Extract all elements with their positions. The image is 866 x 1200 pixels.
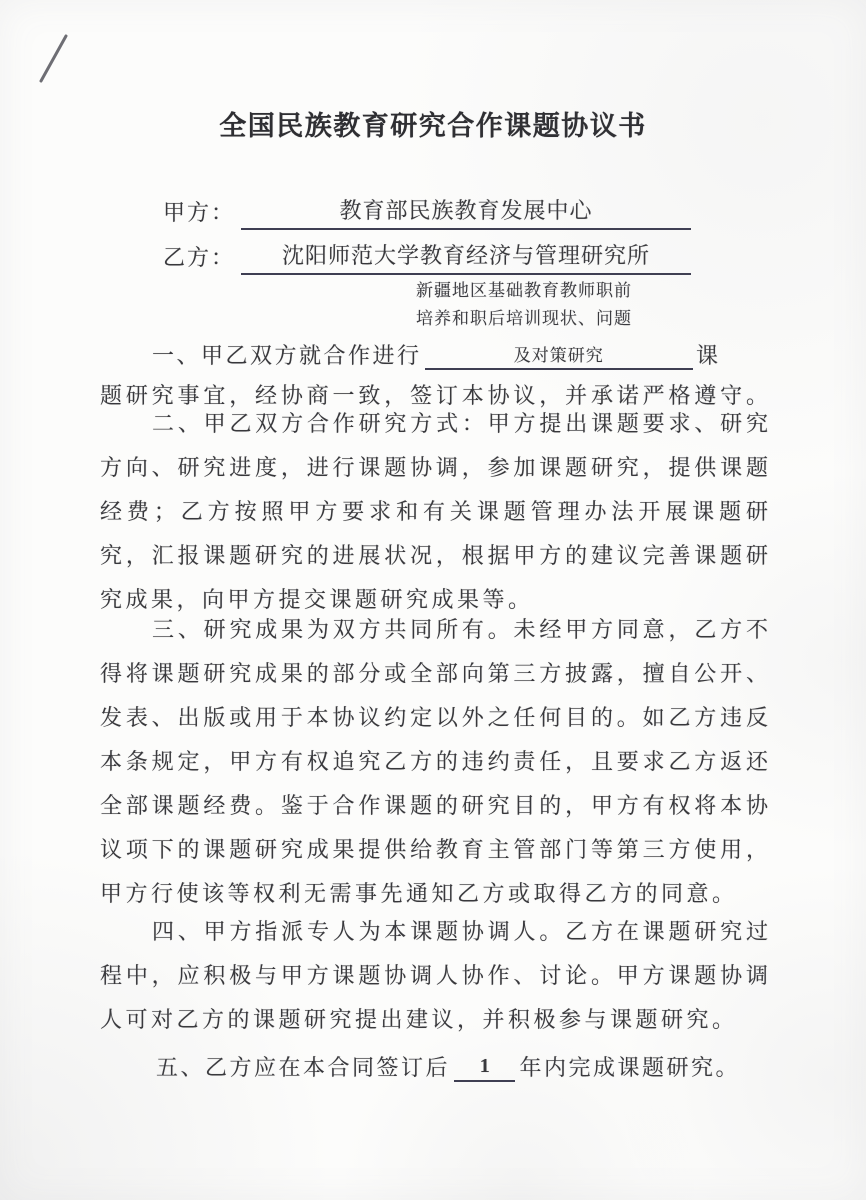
clause-3-line: 发表、出版或用于本协议约定以外之任何目的。如乙方违反 bbox=[100, 696, 768, 740]
clause-4-line: 四、甲方指派专人为本课题协调人。乙方在课题研究过 bbox=[100, 910, 768, 954]
party-b-row: 乙方： 沈阳师范大学教育经济与管理研究所 bbox=[163, 235, 691, 275]
clause-4: 四、甲方指派专人为本课题协调人。乙方在课题研究过 程中，应积极与甲方课题协调人协… bbox=[100, 910, 768, 1042]
clause-1-line-1: 一、甲乙双方就合作进行 及对策研究 课 bbox=[100, 334, 718, 370]
party-b-value: 沈阳师范大学教育经济与管理研究所 bbox=[241, 239, 691, 275]
clause-3-line: 得将课题研究成果的部分或全部向第三方披露，擅自公开、 bbox=[100, 652, 768, 696]
clause-3: 三、研究成果为双方共同所有。未经甲方同意，乙方不 得将课题研究成果的部分或全部向… bbox=[100, 608, 768, 916]
clause-5-line: 五、乙方应在本合同签订后 1 年内完成课题研究。 bbox=[100, 1042, 740, 1082]
party-a-label: 甲方： bbox=[163, 196, 235, 230]
clause-4-line: 人可对乙方的课题研究提出建议，并积极参与课题研究。 bbox=[100, 998, 768, 1042]
clause-5-suffix: 年内完成课题研究。 bbox=[519, 1051, 740, 1082]
clause-3-line: 议项下的课题研究成果提供给教育主管部门等第三方使用， bbox=[100, 828, 768, 872]
clause-1-prefix: 一、甲乙双方就合作进行 bbox=[152, 339, 422, 370]
project-title-insert: 新疆地区基础教育教师职前 培养和职后培训现状、问题 bbox=[393, 277, 655, 333]
clause-5-blank-value: 1 bbox=[454, 1055, 515, 1082]
party-a-value: 教育部民族教育发展中心 bbox=[241, 194, 691, 230]
clause-2-line: 究，汇报课题研究的进展状况，根据甲方的建议完善课题研 bbox=[100, 534, 768, 578]
pen-slash-mark bbox=[32, 28, 76, 90]
clause-2-line: 方向、研究进度，进行课题协调，参加课题研究，提供课题 bbox=[100, 446, 768, 490]
project-title-insert-line1: 新疆地区基础教育教师职前 bbox=[393, 277, 655, 305]
clause-2: 二、甲乙双方合作研究方式：甲方提出课题要求、研究 方向、研究进度，进行课题协调，… bbox=[100, 402, 768, 622]
clause-4-line: 程中，应积极与甲方课题协调人协作、讨论。甲方课题协调 bbox=[100, 954, 768, 998]
clause-5-prefix: 五、乙方应在本合同签订后 bbox=[156, 1051, 450, 1082]
clause-1-suffix-char: 课 bbox=[696, 339, 718, 370]
scanned-agreement-page: 全国民族教育研究合作课题协议书 甲方： 教育部民族教育发展中心 乙方： 沈阳师范… bbox=[0, 0, 866, 1200]
clause-3-line: 全部课题经费。鉴于合作课题的研究目的，甲方有权将本协 bbox=[100, 784, 768, 828]
pen-slash-icon bbox=[32, 28, 76, 90]
clause-3-line: 三、研究成果为双方共同所有。未经甲方同意，乙方不 bbox=[100, 608, 768, 652]
parties-section: 甲方： 教育部民族教育发展中心 乙方： 沈阳师范大学教育经济与管理研究所 bbox=[163, 190, 691, 280]
party-b-label: 乙方： bbox=[163, 241, 235, 275]
clause-2-line: 二、甲乙双方合作研究方式：甲方提出课题要求、研究 bbox=[100, 402, 768, 446]
clause-3-line: 本条规定，甲方有权追究乙方的违约责任，且要求乙方返还 bbox=[100, 740, 768, 784]
clause-2-line: 经费；乙方按照甲方要求和有关课题管理办法开展课题研 bbox=[100, 490, 768, 534]
clause-1-blank-value: 及对策研究 bbox=[425, 341, 693, 370]
page-title: 全国民族教育研究合作课题协议书 bbox=[0, 104, 866, 143]
project-title-insert-line2: 培养和职后培训现状、问题 bbox=[393, 305, 655, 333]
clause-5: 五、乙方应在本合同签订后 1 年内完成课题研究。 bbox=[100, 1042, 768, 1082]
party-a-row: 甲方： 教育部民族教育发展中心 bbox=[163, 190, 691, 230]
